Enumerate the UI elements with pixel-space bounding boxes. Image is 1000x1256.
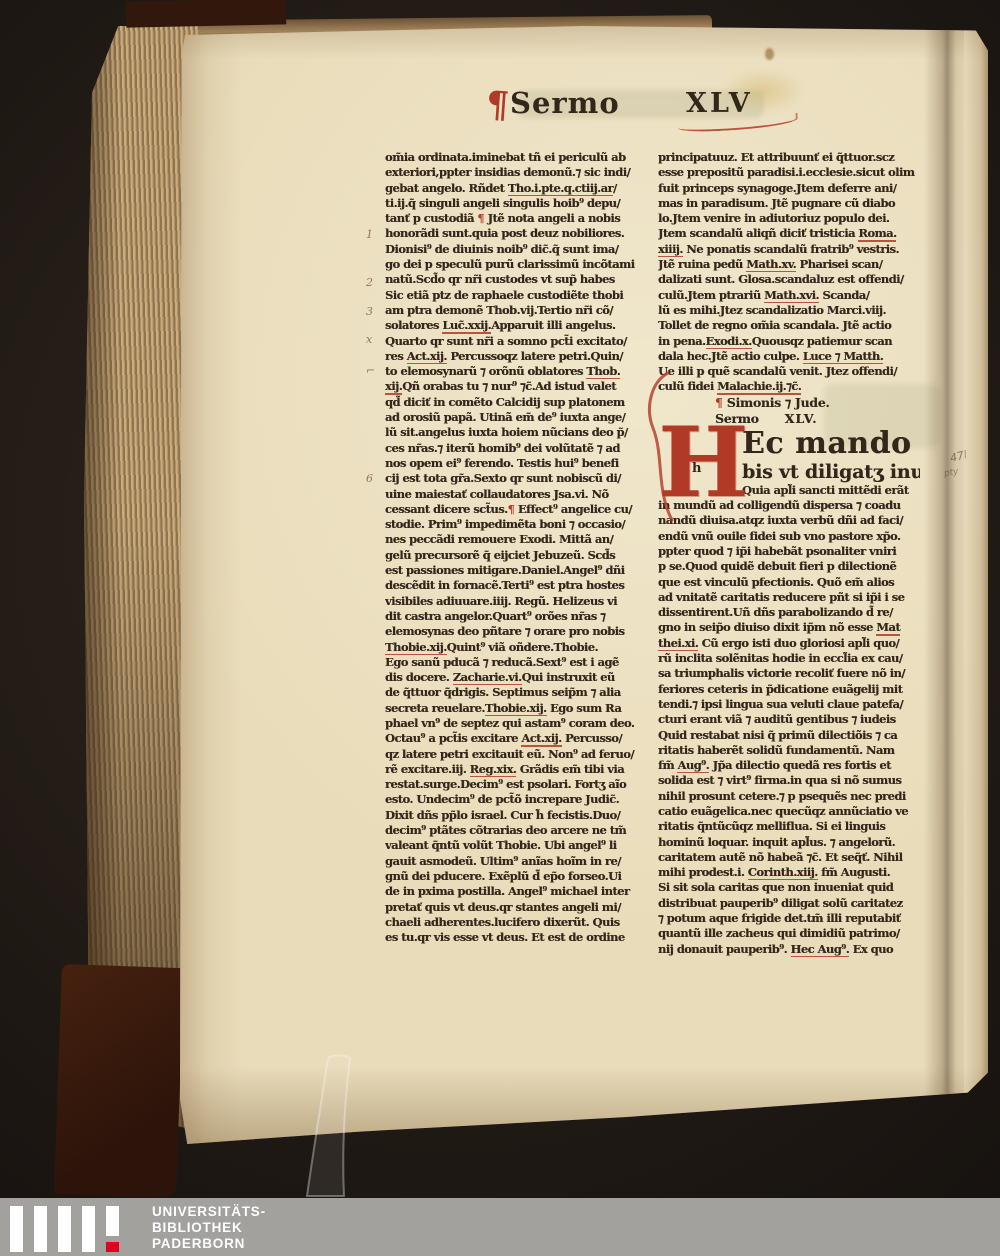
margin-mark: 1 bbox=[366, 228, 382, 241]
running-title: Sermo bbox=[510, 86, 620, 120]
text-line: rẽ excitare.iij. Reg.xix. Grãdis em̃ tib… bbox=[385, 762, 647, 777]
column-right-bottom: in mundũ ad colligendũ dispersa ⁊ coadun… bbox=[658, 498, 920, 957]
open-page: ¶ Sermo XLV om̃ia ordinata.iminebat tñ e… bbox=[180, 26, 988, 1144]
text-line: ad vnitatẽ caritatis reducere pñt si ip̃… bbox=[658, 590, 920, 605]
text-line: que est vinculũ pfectionis. Quõ em̃ alio… bbox=[658, 575, 920, 590]
text-line: ppter quod ⁊ ip̃i habebãt psonaliter vni… bbox=[658, 544, 920, 559]
text-line: distribuat pauperib⁹ diligat solũ carita… bbox=[658, 896, 920, 911]
text-line: ad orosiũ papã. Utinã em̃ de⁹ iuxta ange… bbox=[385, 410, 647, 425]
text-line: ti.ij.q̃ singuli angeli singulis hoib⁹ d… bbox=[385, 196, 647, 211]
watermark-text: UNIVERSITÄTS- BIBLIOTHEK PADERBORN bbox=[152, 1204, 266, 1252]
watermark-line: BIBLIOTHEK bbox=[152, 1220, 266, 1236]
text-line: Jtem scandalũ aliqñ diciť tristicia Roma… bbox=[658, 226, 920, 241]
text-line: gebat angelo. Rñdet Tho.i.pte.q.ctiij.ar… bbox=[385, 181, 647, 196]
text-line: descẽdit in fornacẽ.Terti⁹ est ptra host… bbox=[385, 578, 647, 593]
text-line: pretať quis vt deus.qr stantes angeli mi… bbox=[385, 900, 647, 915]
text-line: dissentirent.Uñ dñs parabolizando d̃ re/ bbox=[658, 605, 920, 620]
text-line: de in pxima postilla. Angel⁹ michael int… bbox=[385, 884, 647, 899]
text-line: dala hec.Jtẽ actio culpe. Luce ⁊ Matth. bbox=[658, 349, 920, 364]
text-line: qd̃ diciť in comẽto Calcidij sup platone… bbox=[385, 395, 647, 410]
text-line: cessant dicere sct̃us.¶ Effect⁹ angelice… bbox=[385, 502, 647, 517]
text-line: dalizati sunt. Glosa.scandaluz est offen… bbox=[658, 272, 920, 287]
text-line: es tu.qr vis esse vt deus. Et est de ord… bbox=[385, 930, 647, 945]
book-binding-corner bbox=[54, 964, 184, 1198]
incipit-line-2: bis vt diligatʒ inuicẽ Joh̃.xv. bbox=[742, 461, 920, 483]
text-line: to elemosynarũ ⁊ orõnũ oblatores Thob. bbox=[385, 364, 647, 379]
text-line: Sic etiã ptz de raphaele custodiẽte thob… bbox=[385, 288, 647, 303]
watermark-line: UNIVERSITÄTS- bbox=[152, 1204, 266, 1220]
text-line: feriores ceteris in p̃dicatione euãgelij… bbox=[658, 682, 920, 697]
text-line: de q̃ttuor q̃drigis. Septimus seip̃m ⁊ a… bbox=[385, 685, 647, 700]
margin-mark: 6 bbox=[366, 472, 382, 485]
text-line: gnũ dei pducere. Exẽplũ d̃ ep̃o forseo.U… bbox=[385, 869, 647, 884]
text-line: fuit princeps synagoge.Jtem deferre ani/ bbox=[658, 181, 920, 196]
text-line: p se.Quod quidẽ debuit fieri p dilection… bbox=[658, 559, 920, 574]
book-binding-top bbox=[126, 0, 287, 28]
text-line: honorãdi sunt.quia post deuz nobiliores. bbox=[385, 226, 647, 241]
text-line: lũ es mihi.Jtez scandalizatio Marci.viij… bbox=[658, 303, 920, 318]
text-line: mas in paradisum. Jtẽ pugnare cũ diabo bbox=[658, 196, 920, 211]
text-line: Tollet de regno om̃ia scandala. Jtẽ acti… bbox=[658, 318, 920, 333]
text-line: lũ sit.angelus iuxta hoiem nũcians deo p… bbox=[385, 425, 647, 440]
margin-mark: 3 bbox=[366, 305, 382, 318]
watermark-bar: UNIVERSITÄTS- BIBLIOTHEK PADERBORN bbox=[0, 1198, 1000, 1256]
next-page-sliver bbox=[964, 26, 988, 1144]
logo-bar bbox=[58, 1206, 71, 1252]
text-line: ⁊ potum aque frigide det.tm̃ illi reputa… bbox=[658, 911, 920, 926]
logo-bar bbox=[10, 1206, 23, 1252]
header-pilcrow: ¶ bbox=[485, 83, 511, 126]
text-line: culũ.Jtem ptrariũ Math.xvi. Scanda/ bbox=[658, 288, 920, 303]
text-line: lo.Jtem venire in adiutoriuz populo dei. bbox=[658, 211, 920, 226]
text-line: qz latere petri excitauit eũ. Non⁹ ad fe… bbox=[385, 747, 647, 762]
text-line: nij donauit pauperib⁹. Hec Aug⁹. Ex quo bbox=[658, 942, 920, 957]
text-line: mihi prodest.i. Corinth.xiij. fm̃ August… bbox=[658, 865, 920, 880]
text-line: go dei p speculũ purũ clarissimũ incõtam… bbox=[385, 257, 647, 272]
column-right: principatuuz. Et attribuunť ei q̃ttuor.s… bbox=[658, 150, 920, 957]
text-line: thei.xi. Cũ ergo isti duo gloriosi apl̃i… bbox=[658, 636, 920, 651]
text-line: culũ fidei Malachie.ij.⁊c̃. bbox=[658, 379, 920, 394]
text-line: gno in seip̃o diuiso dixit ip̃m nõ esse … bbox=[658, 620, 920, 635]
text-line: stodie. Prim⁹ impedimẽta boni ⁊ occasio/ bbox=[385, 517, 647, 532]
text-line: tendi.⁊ ipsi lingua sua veluti claue pat… bbox=[658, 697, 920, 712]
page-speck bbox=[765, 48, 774, 60]
text-line: res Act.xij. Percussoqz latere petri.Qui… bbox=[385, 349, 647, 364]
text-line: sa triumphalis victorie recoliť fuere nõ… bbox=[658, 666, 920, 681]
text-line: principatuuz. Et attribuunť ei q̃ttuor.s… bbox=[658, 150, 920, 165]
text-line: cij est tota gr̃a.Sexto qr sunt nobiscũ … bbox=[385, 471, 647, 486]
text-line: Ue illi p quẽ scandalũ venit. Jtez offen… bbox=[658, 364, 920, 379]
initial-swash-flourish bbox=[642, 368, 680, 528]
text-line: exteriori,ppter insidias demonũ.⁊ sic in… bbox=[385, 165, 647, 180]
text-line: decim⁹ ptãtes cõtrarias deo arcere ne tm… bbox=[385, 823, 647, 838]
text-line: gelũ precursorẽ q̃ eijciet Jebuzeũ. Scd̃… bbox=[385, 548, 647, 563]
incunabulum-photo: { "colors": { "red": "#b13a26", "ink": "… bbox=[0, 0, 1000, 1256]
column-right-top: principatuuz. Et attribuunť ei q̃ttuor.s… bbox=[658, 150, 920, 395]
text-line: tanť p custodiã ¶ Jtẽ nota angeli a nobi… bbox=[385, 211, 647, 226]
text-line: hominũ loquar. inquit apl̃us. ⁊ angelorũ… bbox=[658, 835, 920, 850]
text-line: restat.surge.Decim⁹ est psolari. Fortʒ a… bbox=[385, 777, 647, 792]
incipit-line-1: Ec mando uo∖ bbox=[742, 427, 920, 461]
logo-bar bbox=[34, 1206, 47, 1252]
text-line: cturi erant viã ⁊ auditũ gentibus ⁊ iude… bbox=[658, 712, 920, 727]
text-line: quantũ ille zacheus qui dimidiũ patrimo/ bbox=[658, 926, 920, 941]
text-line: ritatis q̃ntũcũqz melliflua. Si ei lingu… bbox=[658, 819, 920, 834]
logo-red-dot bbox=[106, 1242, 119, 1252]
text-line: gauit asmodeũ. Ultim⁹ anĩas hoĩm in re/ bbox=[385, 854, 647, 869]
text-line: ritatis haberẽt solidũ fundamentũ. Nam bbox=[658, 743, 920, 758]
text-line: ces nr̃as.⁊ iterũ homib⁹ dei volũtatẽ ⁊ … bbox=[385, 441, 647, 456]
text-line: visibiles adiuuare.iiij. Regũ. Helizeus … bbox=[385, 594, 647, 609]
logo-bar bbox=[106, 1206, 119, 1236]
text-line: chaeli adherentes.lucifero dixerũt. Quis bbox=[385, 915, 647, 930]
text-line: Quarto qr sunt nr̃i a somno pct̃i excita… bbox=[385, 334, 647, 349]
text-line: esto. Undecim⁹ de pct̃õ increpare Judic̃… bbox=[385, 792, 647, 807]
text-line: valeant q̃ntũ volũt Thobie. Ubi angel⁹ l… bbox=[385, 838, 647, 853]
watermark-line: PADERBORN bbox=[152, 1236, 266, 1252]
text-line: nos opem ei⁹ ferendo. Testis hui⁹ benefi bbox=[385, 456, 647, 471]
text-line: est passiones mitigare.Daniel.Angel⁹ dñi bbox=[385, 563, 647, 578]
text-line: elemosynas deo pñtare ⁊ orare pro nobis bbox=[385, 624, 647, 639]
margin-mark: 2 bbox=[366, 276, 382, 289]
text-line: nihil prosunt cetere.⁊ p psequẽs nec pre… bbox=[658, 789, 920, 804]
gutter-crease bbox=[924, 26, 964, 1144]
text-line: natũ.Scd̃o qr nr̃i custodes vt sup̃ habe… bbox=[385, 272, 647, 287]
incipit-block: H h Ec mando uo∖ bis vt diligatʒ inuicẽ … bbox=[658, 427, 920, 498]
guide-letter: h bbox=[692, 461, 701, 476]
margin-note-right: 47l bbox=[949, 448, 969, 465]
plastic-page-strap bbox=[288, 1048, 478, 1208]
text-line: endũ vnũ ouile fidei sub vno pastore xp̃… bbox=[658, 529, 920, 544]
text-line: in pena.Exodi.x.Quousqz patiemur scan bbox=[658, 334, 920, 349]
text-line: solatores Luc̃.xxij.Apparuit illi angelu… bbox=[385, 318, 647, 333]
text-line: Quid restabat nisi q̃ primũ dilectiõis ⁊… bbox=[658, 728, 920, 743]
text-line: Octau⁹ a pct̃is excitare Act.xij. Percus… bbox=[385, 731, 647, 746]
text-line: uine maiestať collaudatores Jsa.vi. Nõ bbox=[385, 487, 647, 502]
text-line: Jtẽ ruina pedũ Math.xv. Pharisei scan/ bbox=[658, 257, 920, 272]
text-line: om̃ia ordinata.iminebat tñ ei periculũ a… bbox=[385, 150, 647, 165]
text-line: caritatem autẽ nõ habeã ⁊c̃. Et seq̃ť. N… bbox=[658, 850, 920, 865]
text-line: solida est ⁊ virt⁹ firma.in qua si nõ su… bbox=[658, 773, 920, 788]
incipit-line-3: Quia apl̃i sancti mittẽdi erãt bbox=[742, 483, 920, 498]
heading-sermo-number: XLV. bbox=[785, 411, 818, 426]
margin-mark: ⌐ bbox=[366, 364, 382, 377]
text-line: rũ inclita solẽnitas hodie in eccl̃ia ex… bbox=[658, 651, 920, 666]
text-line: nes peccãdi remouere Exodi. Mittã an/ bbox=[385, 532, 647, 547]
text-line: Thobie.xij.Quint⁹ viã oñdere.Thobie. bbox=[385, 640, 647, 655]
column-left: om̃ia ordinata.iminebat tñ ei periculũ a… bbox=[385, 150, 647, 945]
text-line: Dixit dñs pp̃lo israel. Cur h̃ fecistis.… bbox=[385, 808, 647, 823]
margin-note-right-2: pty bbox=[943, 467, 959, 479]
text-line: xij.Qñ orabas tu ⁊ nur⁹ ⁊c̃.Ad istud val… bbox=[385, 379, 647, 394]
text-line: secreta reuelare.Thobie.xij. Ego sum Ra bbox=[385, 701, 647, 716]
text-line: am ptra demonẽ Thob.vij.Tertio nr̃i cõ/ bbox=[385, 303, 647, 318]
text-line: Ego sanũ pducã ⁊ reducã.Sext⁹ est i agẽ bbox=[385, 655, 647, 670]
text-line: phael vn⁹ de septez qui astam⁹ coram deo… bbox=[385, 716, 647, 731]
text-line: xiiij. Ne ponatis scandalũ fratrib⁹ vest… bbox=[658, 242, 920, 257]
text-line: Si sit sola caritas que non inueniat qui… bbox=[658, 880, 920, 895]
text-line: fm̃ Aug⁹. Jp̃a dilectio quedã res fortis… bbox=[658, 758, 920, 773]
margin-mark: x bbox=[366, 333, 382, 346]
text-line: Dionisi⁹ de diuinis noib⁹ dic̃.q̃ sunt i… bbox=[385, 242, 647, 257]
folio-number: XLV bbox=[686, 88, 753, 119]
text-line: esse prepositũ paradisi.i.ecclesie.sicut… bbox=[658, 165, 920, 180]
text-line: dis docere. Zacharie.vi.Qui instruxit eũ bbox=[385, 670, 647, 685]
text-line: catio euãgelica.nec quecũqz annũciatio v… bbox=[658, 804, 920, 819]
logo-bar bbox=[82, 1206, 95, 1252]
text-line: dit castra angelor.Quart⁹ orões nr̃as ⁊ bbox=[385, 609, 647, 624]
